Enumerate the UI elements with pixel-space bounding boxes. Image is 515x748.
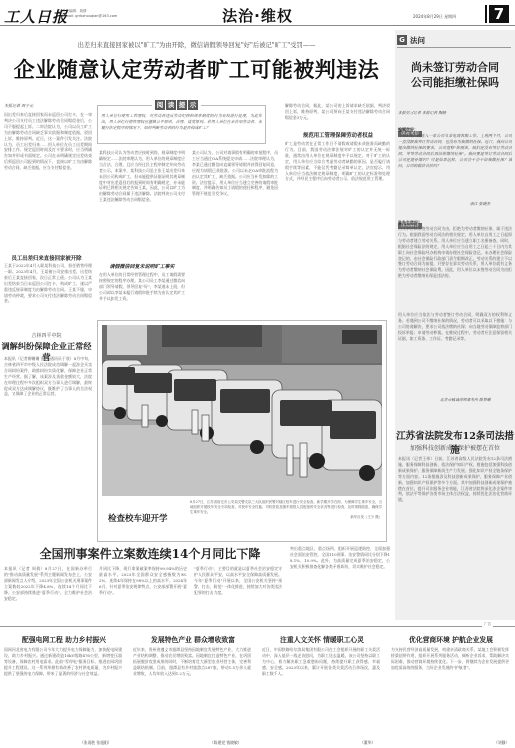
ad-credit-2: （陈建党 钱晓敏） <box>210 740 242 746</box>
reading-tip-title: 阅 读 提 示 <box>152 100 201 110</box>
lead-headline[interactable]: 企业随意认定劳动者旷工可能被判违法 <box>0 54 393 84</box>
ad-headline-4[interactable]: 优化营商环境 护航企业发展 <box>387 634 515 644</box>
ad-headline-3[interactable]: 注重人文关怀 情暖职工心灵 <box>258 634 386 644</box>
ad-text-2: 近年来，贵州省遵义市湄潭县坚持因地制宜发展特色产业，大力推进产业结构调整，推动农… <box>133 647 251 737</box>
lead-subhead-2: 请假微信回复未说明旷工事实 <box>97 263 187 270</box>
lead-kicker: 出差归来直接回家被以"旷工"为由开除，微信请假领导回复"好"后被记"旷工"受罚—… <box>0 40 393 49</box>
sidebar-headline[interactable]: 尚未签订劳动合同 公司能拒缴社保吗 <box>395 60 515 90</box>
ad-text-1: 国网河北省电力有限公司今年大力提升电力保障能力，加快配电网建设，助力乡村振兴。通… <box>4 647 122 737</box>
ad-headline-1[interactable]: 配强电网工程 助力乡村振兴 <box>0 634 128 644</box>
crime-col2-text: 月同比下降，现行命案破案率保持99.94%的历史最高水平。2023年全国群众安全… <box>99 566 187 616</box>
crime-headline[interactable]: 全国刑事案件立案数连续14个月同比下降 <box>0 545 300 562</box>
bus-image-icon <box>102 325 382 496</box>
ad-headline-2[interactable]: 发展特色产业 群众增收致富 <box>129 634 257 644</box>
issue-date: 2024年8月29日 星期四 <box>413 14 456 20</box>
lead-byline: 本报记者 周子元 <box>4 103 33 109</box>
lead-col2-text: 某科技公司认为劳动者应按时到岗，规章制度中明确规定……法院审理认为，用人单位的规… <box>99 150 185 257</box>
answer-text: 用人单位以未签劳动合同为由，拒绝为劳动者缴纳社保，属于违法行为。根据我国劳动合同… <box>398 226 512 310</box>
lead-col1b-text: 王某于2022年4月入职某科技公司，担任销售经理一职。2023年4月，王某被公司… <box>4 263 92 321</box>
sidebar-tag: 法问 <box>410 35 425 46</box>
lead-col1-text: 因出差归来后直接回家而未返回公司打卡，在一审判决公司支付员工违法解除劳动合同赔偿… <box>4 112 92 248</box>
reader-letter-text: 今年5月，我进入一家公司从事电商客服工作。上班两个月，公司一直没跟我签订劳动合同… <box>398 133 512 200</box>
sidebar-headline-line1: 尚未签订劳动合同 <box>395 60 515 75</box>
photo-credit: 新华社发（王少 摄） <box>190 515 382 520</box>
lead-col3-text: 某公司认为，公司对请事假有明确的审批程序，员工应当通过OA系统提交申请……法院审… <box>192 150 278 314</box>
answer-signature: 北京市致诚律师事务所 陈梦琳 <box>440 397 491 403</box>
jilin-text: 本报讯（记者柳姗姗 彭冰 通讯员于欣）8月中旬，吉林省四平市中级人民法院成功调解… <box>4 356 92 540</box>
crime-col3-text: "夏季行动"，主要目的就是以夏季社会治安稳定守护人民群众平安，以高水平安全保障高… <box>194 566 282 616</box>
lead-subhead-1: 员工出差归来直接回家被开除 <box>0 254 93 262</box>
ad-credit-3: （董华） <box>360 740 375 746</box>
sidebar-headline-line2: 公司能拒缴社保吗 <box>395 75 515 90</box>
page-number: 7 <box>489 5 509 23</box>
tip-char: 提 <box>177 100 187 110</box>
photo-caption-title: 检查校车迎开学 <box>108 512 168 524</box>
legal-qa-icon: G <box>397 35 407 45</box>
ad-divider <box>0 626 515 627</box>
jiangsu-subheadline: 加强科技创新成果保护被摆在首位 <box>395 443 515 452</box>
ad-credit-1: （张再胜 张旭阳） <box>80 740 112 746</box>
school-bus-photo[interactable] <box>102 325 382 496</box>
crime-col4-text: 突出重点地区、重点场所，组织开展巡逻防控，全面加强社会面治安管控。全国110刑事… <box>290 546 390 616</box>
jilin-kicker: 吉林四平中院 <box>0 332 93 339</box>
reader-signature: 浙江 张晓杰 <box>470 201 490 207</box>
lead-subhead-3: 规范用工管理保障劳动者权益 <box>283 131 393 139</box>
jiangsu-text: 本报讯（记者王伟）日前，江苏省高级人民法院发布12条司法措施，服务保障科技创新，… <box>398 456 512 618</box>
ad-label: 广告 <box>482 622 493 627</box>
ad-credit-4: （刘静） <box>494 740 509 746</box>
lead-col2b-text: 在用人单位的日常经营管理过程中，员工请假需要按照规定的程序办理。某公司员工李某通… <box>99 272 185 314</box>
lead-col4-text: 解除劳动合同，据此，某公司的上诉请求缺乏依据，判决驳回上诉，维持原判，某公司须向… <box>285 103 390 127</box>
sidebar-byline: 本报见习记者 本报记者 陶晓 <box>398 110 446 116</box>
tip-char: 读 <box>166 100 176 110</box>
photo-caption-text: 8月27日，江苏省宿迁市公安局交警支队三大队组织民警对辖区校车进行安全检查。新学… <box>190 500 382 514</box>
photo-caption: 8月27日，江苏省宿迁市公安局交警支队三大队组织民警对辖区校车进行安全检查。新学… <box>190 500 382 520</box>
ad-text-4: 为支持民营经济高质量发展，构建亲清政商关系，某地工会积极发挥桥梁纽带作用，组织开… <box>391 647 509 737</box>
answer-text-2: 用人单位应当依法与劳动者签订劳动合同，明确双方的权利和义务。若遇到公司不缴纳社保… <box>398 312 512 394</box>
crime-col1-text: 本报讯（记者 周倩）8月27日，在国新办举行的"推动高质量发展"系列主题新闻发布… <box>4 566 92 616</box>
sidebar-divider <box>397 47 511 48</box>
tip-char: 示 <box>188 100 198 110</box>
lead-col4b-text: 旷工是劳动者在正常工作日不请假或请假未获批准而缺勤的行为。目前，我国劳动法律法规… <box>285 141 390 314</box>
ad-text-3: 近日，中国铁路哈尔滨局集团有限公司在工会组织开展的职工关爱活动中，深入基层一线走… <box>262 647 380 737</box>
reading-tip-text: 用人单位行使用工管理权，对劳动者违反劳动纪律和规章制度的行为有权进行处理，为此作… <box>101 113 262 141</box>
page-number-bar <box>485 5 487 23</box>
tip-char: 阅 <box>155 100 165 110</box>
